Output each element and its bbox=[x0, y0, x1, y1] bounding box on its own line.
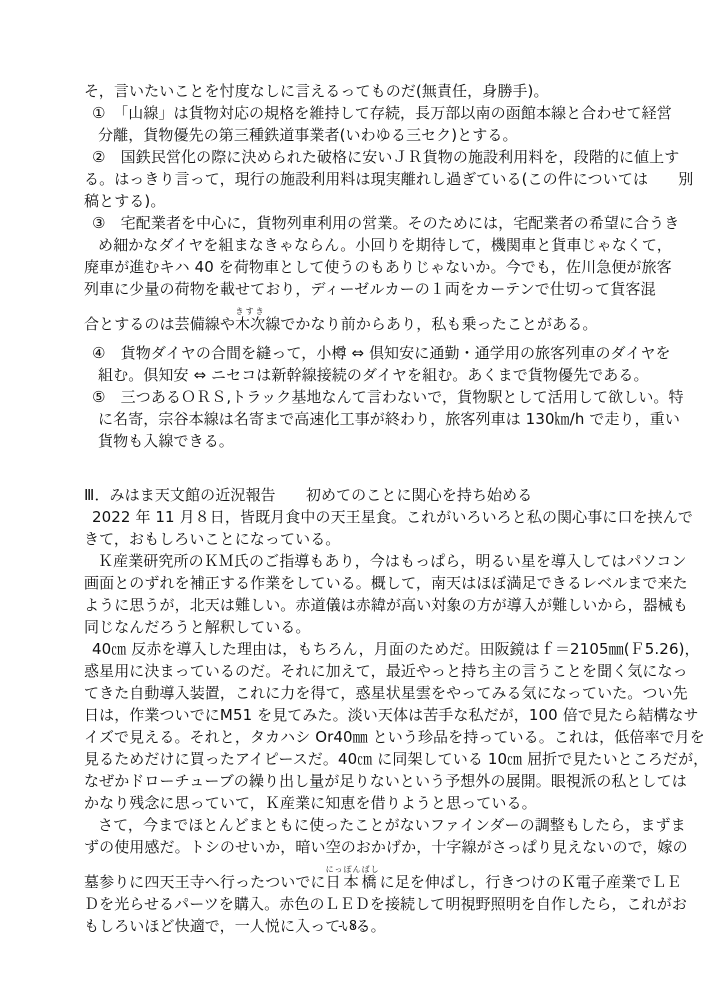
rail-opinion-section: そ，言いたいことを忖度なしに言えるってものだ(無責任，身勝手)。 ① 「山線」は… bbox=[84, 80, 625, 452]
text-line: そ，言いたいことを忖度なしに言えるってものだ(無責任，身勝手)。 bbox=[84, 80, 625, 102]
text-line: 廃車が進むキハ 40 を荷物車として使うのもありじゃないか。今でも，佐川急便が旅… bbox=[84, 256, 625, 278]
ruby-kisuki: 木次きすき bbox=[235, 315, 265, 333]
ruby-pre-text: 墓参りに四天王寺へ行ったついでに bbox=[84, 873, 326, 891]
ruby-pre-text: 合とするのは芸備線や bbox=[84, 315, 235, 333]
ruby-line-nipponbashi: 墓参りに四天王寺へ行ったついでに日本橋にっぽんばしに足を伸ばし，行きつけのＫ電子… bbox=[84, 865, 625, 893]
list-item-1: ① 「山線」は貨物対応の規格を維持して存続，長万部以南の函館本線と合わせて経営 bbox=[84, 102, 625, 124]
text-line: 見るためだけに買ったアイピースだ。40㎝ に同架している 10㎝ 屈折で見たいと… bbox=[84, 748, 625, 770]
text-line: かなり残念に思っていて，Ｋ産業に知恵を借りようと思っている。 bbox=[84, 792, 625, 814]
page-number: - 8 - bbox=[0, 916, 707, 938]
list-item-2: ② 国鉄民営化の際に決められた破格に安いＪＲ貨物の施設利用料を，段階的に値上す bbox=[84, 146, 625, 168]
text-line: 40㎝ 反赤を導入した理由は，もちろん，月面のためだ。田阪鏡はｆ＝2105㎜(Ｆ… bbox=[84, 638, 625, 660]
text-line: 組む。倶知安 ⇔ ニセコは新幹線接続のダイヤを組む。あくまで貨物優先である。 bbox=[84, 364, 625, 386]
text-line: 列車に少量の荷物を載せており，ディーゼルカーの１両をカーテンで仕切って貨客混 bbox=[84, 278, 625, 300]
text-line: なぜかドローチューブの繰り出し量が足りないという予想外の展開。眼視派の私としては bbox=[84, 770, 625, 792]
text-line: きて，おもしろいことになっている。 bbox=[84, 528, 625, 550]
text-line: 貨物も入線できる。 bbox=[84, 430, 625, 452]
ruby-post-text: 線でかなり前からあり，私も乗ったことがある。 bbox=[265, 315, 597, 333]
text-line: 日は，作業ついでにM51 を見てみた。淡い天体は苦手な私だが，100 倍で見たら… bbox=[84, 704, 625, 726]
text-line: め細かなダイヤを組まなきゃならん。小回りを期待して，機関車と貨車じゃなくて， bbox=[84, 234, 625, 256]
furigana: にっぽんばし bbox=[326, 865, 380, 874]
text-line: イズで見える。それと，タカハシ Or40㎜ という珍品を持っている。これは，低倍… bbox=[84, 726, 625, 748]
list-item-3: ③ 宅配業者を中心に，貨物列車利用の営業。そのためには，宅配業者の希望に合うき bbox=[84, 212, 625, 234]
text-line: ずの使用感だ。トシのせいか，暗い空のおかげか，十字線がさっぱり見えないので，嫁の bbox=[84, 836, 625, 858]
text-line: る。はっきり言って，現行の施設利用料は現実離れし過ぎている(この件については 別 bbox=[84, 168, 625, 190]
text-line: Ｋ産業研究所のＫＭ氏のご指導もあり，今はもっぱら，明るい星を導入してはパソコン bbox=[84, 550, 625, 572]
text-line: 2022 年 11 月８日，皆既月食中の天王星食。これがいろいろと私の関心事に口… bbox=[84, 506, 625, 528]
text-line: 稿とする)。 bbox=[84, 190, 625, 212]
text-line: に名寄，宗谷本線は名寄まで高速化工事が終わり，旅客列車は 130㎞/h で走り，… bbox=[84, 408, 625, 430]
ruby-base: 日本橋 bbox=[326, 873, 380, 891]
text-line: 惑星用に決まっているのだ。それに加えて，最近やっと持ち主の言うことを聞く気になっ bbox=[84, 660, 625, 682]
furigana: きすき bbox=[235, 307, 265, 316]
text-line: さて，今までほとんどまともに使ったことがないファインダーの調整もしたら，まずま bbox=[84, 814, 625, 836]
text-line: 分離，貨物優先の第三種鉄道事業者(いわゆる三セク)とする。 bbox=[84, 124, 625, 146]
section-heading: Ⅲ．みはま天文館の近況報告 初めてのことに関心を持ち始める bbox=[84, 484, 625, 506]
list-item-5: ⑤ 三つあるＯＲＳ,トラック基地なんて言わないで，貨物駅として活用して欲しい。特 bbox=[84, 386, 625, 408]
ruby-post-text: に足を伸ばし，行きつけのＫ電子産業でＬＥ bbox=[380, 873, 682, 891]
ruby-base: 木次 bbox=[235, 315, 265, 333]
document-page: そ，言いたいことを忖度なしに言えるってものだ(無責任，身勝手)。 ① 「山線」は… bbox=[0, 0, 707, 1000]
list-item-4: ④ 貨物ダイヤの合間を縫って，小樽 ⇔ 倶知安に通勤・通学用の旅客列車のダイヤを bbox=[84, 342, 625, 364]
ruby-nipponbashi: 日本橋にっぽんばし bbox=[326, 873, 380, 891]
text-line: てきた自動導入装置，これに力を得て，惑星状星雲をやってみる気になっていた。つい先 bbox=[84, 682, 625, 704]
astro-report-section: Ⅲ．みはま天文館の近況報告 初めてのことに関心を持ち始める 2022 年 11 … bbox=[84, 484, 625, 937]
ruby-line-kisuki: 合とするのは芸備線や木次きすき線でかなり前からあり，私も乗ったことがある。 bbox=[84, 307, 625, 335]
text-line: 同じなんだろうと解釈している。 bbox=[84, 616, 625, 638]
text-line: 画面とのずれを補正する作業をしている。概して，南天はほぼ満足できるレベルまで来た bbox=[84, 572, 625, 594]
text-line: Ｄを光らせるパーツを購入。赤色のＬＥＤを接続して明視野照明を自作したら，これがお bbox=[84, 893, 625, 915]
text-line: ように思うが，北天は難しい。赤道儀は赤緯が高い対象の方が導入が難しいから，器械も bbox=[84, 594, 625, 616]
